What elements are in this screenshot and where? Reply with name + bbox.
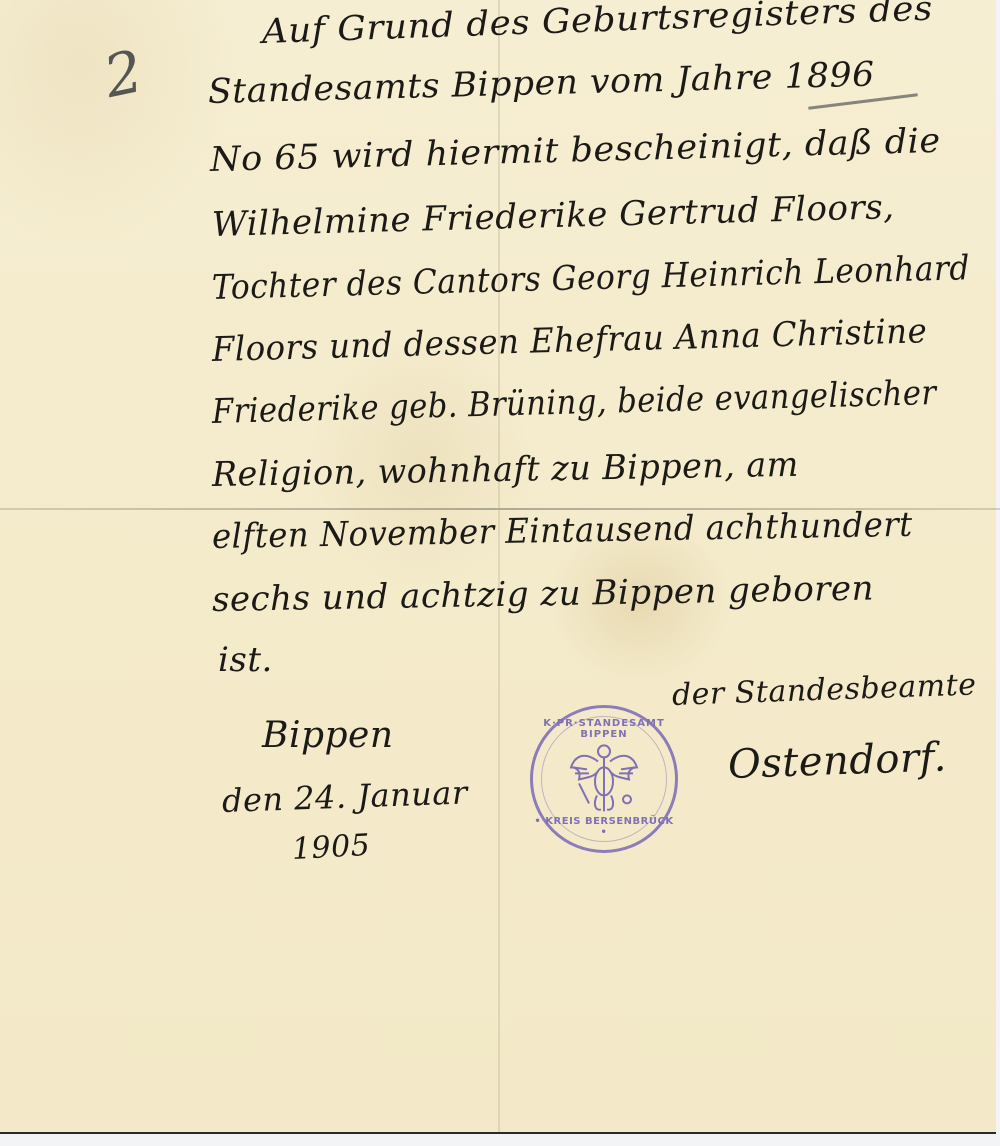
body-line-9: elften November Eintausend achthundert bbox=[212, 505, 913, 557]
stamp-bottom-text: • KREIS BERSENBRÜCK • bbox=[533, 816, 675, 838]
body-line-2: Standesamts Bippen vom Jahre 1896 bbox=[207, 55, 875, 112]
date-of-issue: den 24. Januar bbox=[221, 773, 468, 820]
body-line-10: sechs und achtzig zu Bippen geboren bbox=[212, 568, 875, 620]
body-line-7: Friederike geb. Brüning, beide evangelis… bbox=[211, 373, 936, 432]
document-paper: 2 Auf Grund des Geburtsregisters des Sta… bbox=[0, 0, 996, 1134]
official-signature: Ostendorf. bbox=[727, 734, 947, 788]
body-line-4: Wilhelmine Friederike Gertrud Floors, bbox=[211, 187, 894, 245]
body-line-3: No 65 wird hiermit bescheinigt, daß die bbox=[209, 121, 941, 180]
body-line-11: ist. bbox=[218, 640, 273, 680]
year-of-issue: 1905 bbox=[291, 828, 371, 867]
body-line-1: Auf Grund des Geburtsregisters des bbox=[261, 0, 933, 52]
official-title: der Standesbeamte bbox=[671, 667, 977, 713]
body-line-5: Tochter des Cantors Georg Heinrich Leonh… bbox=[211, 248, 970, 308]
body-line-6: Floors und dessen Ehefrau Anna Christine bbox=[211, 311, 927, 370]
body-line-8: Religion, wohnhaft zu Bippen, am bbox=[212, 445, 799, 495]
margin-annotation: 2 bbox=[98, 37, 148, 111]
prussian-eagle-icon bbox=[567, 737, 641, 817]
place-of-issue: Bippen bbox=[262, 715, 394, 756]
official-stamp: K·PR·STANDESAMT BIPPEN • KREIS BERSENBRÜ… bbox=[530, 705, 678, 853]
